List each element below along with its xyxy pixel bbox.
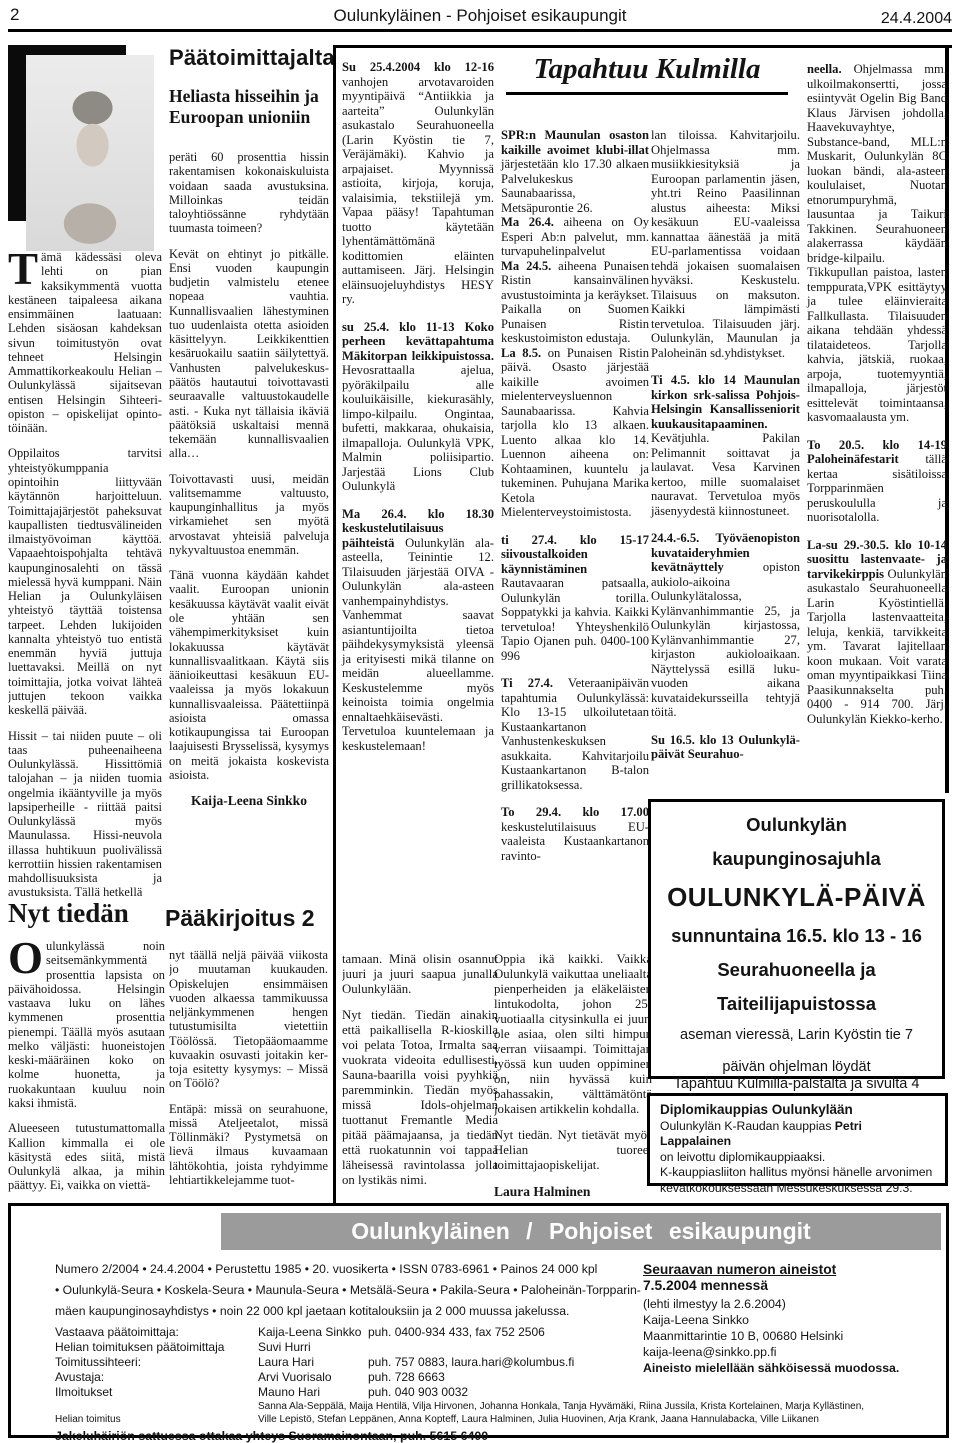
editorial-paragraph: Tänä vuonna käydään kahdet vaalit. Euroo… <box>169 568 329 782</box>
footer-row-name: Suvi Hurri <box>258 1340 368 1355</box>
footer-row-label: Ilmoitukset <box>55 1385 258 1400</box>
column-separator-rule <box>333 45 336 1203</box>
ad-diplomi-line: Oulunkylän K-Raudan kauppias Petri Lappa… <box>660 1119 935 1150</box>
footer-masthead: Oulunkyläinen / Pohjoiset esikaupungit N… <box>8 1203 949 1438</box>
editorial-column-2: peräti 60 prosenttia hissin rakentamisen… <box>169 150 329 902</box>
ad-line: Seurahuoneella ja <box>651 959 942 981</box>
footer-row-name: Mauno Hari <box>258 1385 368 1400</box>
ad-line: sunnuntaina 16.5. klo 13 - 16 <box>651 925 942 947</box>
paakirjoitus-paragraph: Oppia ikä kaikki. Vaikka Oulunkylä vaiku… <box>494 952 652 1117</box>
editorial-paragraph: Oppilaitos tarvitsi yhteistyökumppania o… <box>8 446 162 717</box>
event-item: To 29.4. klo 17.00 keskustelutilaisuus E… <box>501 805 649 863</box>
events-section-title: Tapahtuu Kulmilla <box>497 54 797 95</box>
next-issue-email: kaija-leena@sinkko.pp.fi <box>643 1344 945 1360</box>
event-item: neella. Ohjelmassa mm. ulkoilmakonsertti… <box>807 62 947 425</box>
footer-row-label: Avustaja: <box>55 1370 258 1385</box>
newspaper-page: 2 Oulunkyläinen - Pohjoiset esikaupungit… <box>0 0 960 1443</box>
events-top-rule <box>333 45 952 48</box>
editor-portrait-image <box>26 55 154 251</box>
paakirjoitus-continuation-1: tamaan. Minä olisin osannut juuri ja juu… <box>342 952 498 1204</box>
paakirjoitus-paragraph: Entäpä: missä on seurahuone, missä Atelj… <box>169 1102 328 1188</box>
footer-row-label: Vastaava päätoimittaja: <box>55 1325 258 1340</box>
footer-staff-row: Helian toimitus Ville Lepistö, Stefan Le… <box>55 1413 945 1426</box>
event-item: Ti 27.4. Veteraanipäivän tapahtumia Oulu… <box>501 676 649 792</box>
events-column-4: neella. Ohjelmassa mm. ulkoilmakonsertti… <box>807 62 947 739</box>
issue-date: 24.4.2004 <box>881 10 952 28</box>
event-item: Su 25.4.2004 klo 12-16 vanhojen arvotava… <box>342 60 494 307</box>
next-issue-contact: Kaija-Leena Sinkko <box>643 1312 945 1328</box>
paakirjoitus-paragraph: Nyt tiedän. Tiedän ainakin että paikalli… <box>342 1008 498 1188</box>
editorial-column-1: Tämä kädessäsi oleva lehti on pian kaksi… <box>8 250 162 898</box>
footer-row: Ilmoitukset Mauno Hari puh. 040 903 0032 <box>55 1385 945 1400</box>
editorial-signature: Kaija-Leena Sinkko <box>169 793 329 809</box>
paakirjoitus-signature: Laura Halminen <box>494 1184 652 1199</box>
ad-line: päivän ohjelman löydät <box>651 1059 942 1075</box>
footer-row-label <box>55 1400 258 1413</box>
nyt-tiedan-section: Nyt tiedän Oulunkylässä noin seitsemänky… <box>8 898 165 1198</box>
editorial-kicker: Päätoimittajalta <box>169 45 331 71</box>
editorial-paragraph: Kevät on ehtinyt jo pitkälle. Ensi vuode… <box>169 247 329 461</box>
paakirjoitus-paragraph: tamaan. Minä olisin osannut juuri ja juu… <box>342 952 498 997</box>
events-column-2: SPR:n Maunulan osaston kaikille avoimet … <box>501 128 649 876</box>
paakirjoitus-intro: nyt täällä neljä päivää viikosta jo muut… <box>169 948 328 1200</box>
next-issue-box: Seuraavan numeron aineistot 7.5.2004 men… <box>643 1262 945 1376</box>
ad-diplomikauppias: Diplomikauppias Oulunkylään Oulunkylän K… <box>647 1093 948 1186</box>
paakirjoitus-heading: Pääkirjoitus 2 <box>165 905 337 932</box>
ad-line: Tapahtuu Kulmilla-palstalta ja sivulta 4 <box>651 1076 942 1092</box>
editorial-headline: Heliasta hisseihin ja Euroopan unioniin <box>169 86 331 127</box>
ad-diplomi-line: K-kauppiasliiton hallitus myönsi hänelle… <box>660 1165 935 1181</box>
event-item: Ma 26.4. klo 18.30 keskustelutilaisuus p… <box>342 507 494 754</box>
ad-diplomi-line: on leivottu diplomikauppiaaksi. <box>660 1150 935 1166</box>
events-title-underline <box>506 92 788 95</box>
ad-diplomi-line: kevätkokouksessaan Messukeskuksessa 29.3… <box>660 1181 935 1197</box>
dropcap-letter: O <box>8 939 46 975</box>
footer-row-name: Arvi Vuorisalo <box>258 1370 368 1385</box>
newspaper-title: Oulunkyläinen - Pohjoiset esikaupungit <box>8 6 952 26</box>
nyt-tiedan-heading: Nyt tiedän <box>8 898 165 929</box>
paakirjoitus-continuation-2: Oppia ikä kaikki. Vaikka Oulunkylä vaiku… <box>494 952 652 1208</box>
ad-title: OULUNKYLÄ-PÄIVÄ <box>651 882 942 913</box>
editorial-paragraph: Hissit – tai niiden puute – oli taas puh… <box>8 729 162 899</box>
footer-row-label: Helian toimituksen päätoimittaja <box>55 1340 258 1355</box>
ad-line: kaupunginosajuhla <box>651 848 942 870</box>
editorial-paragraph: Tämä kädessäsi oleva lehti on pian kaksi… <box>8 250 162 435</box>
events-column-1: Su 25.4.2004 klo 12-16 vanhojen arvotava… <box>342 60 494 766</box>
footer-row-label: Helian toimitus <box>55 1413 258 1426</box>
editor-photo <box>8 45 160 255</box>
ad-line: Taiteilijapuistossa <box>651 993 942 1015</box>
next-issue-appears: (lehti ilmestyy la 2.6.2004) <box>643 1296 945 1312</box>
event-item: Ma 26.4. aiheena on Oy Esperi Ab:n palve… <box>501 215 649 259</box>
footer-row-label: Toimitussihteeri: <box>55 1355 258 1370</box>
footer-row-name: Kaija-Leena Sinkko <box>258 1325 368 1340</box>
event-item: ti 27.4. klo 15-17 siivoustalkoiden käyn… <box>501 533 649 664</box>
next-issue-deadline: 7.5.2004 mennessä <box>643 1278 945 1294</box>
footer-row-name: Laura Hari <box>258 1355 368 1370</box>
event-item: Su 16.5. klo 13 Oulunkylä-päivät Seurahu… <box>651 733 800 762</box>
paakirjoitus-paragraph: Nyt tiedän. Nyt tietävät myös Helian tuo… <box>494 1128 652 1173</box>
event-item: SPR:n Maunulan osaston kaikille avoimet … <box>501 128 649 215</box>
editorial-header: Päätoimittajalta Heliasta hisseihin ja E… <box>169 45 331 127</box>
paakirjoitus-paragraph: nyt täällä neljä päivää viikosta jo muut… <box>169 948 328 1091</box>
nyt-tiedan-paragraph: Oulunkylässä noin seitsemänkymmentä pros… <box>8 939 165 1110</box>
page-header: 2 Oulunkyläinen - Pohjoiset esikaupungit… <box>8 3 952 32</box>
next-issue-title: Seuraavan numeron aineistot <box>643 1262 945 1278</box>
footer-banner: Oulunkyläinen / Pohjoiset esikaupungit <box>221 1213 941 1250</box>
event-item: lan tiloissa. Kahvitarjoilu. Ohjelmassa … <box>651 128 800 360</box>
event-item: To 20.5. klo 14-19 Paloheinäfestarit täl… <box>807 438 947 525</box>
events-column-3: lan tiloissa. Kahvitarjoilu. Ohjelmassa … <box>651 128 800 775</box>
ad-oulunkyla-paiva: Oulunkylän kaupunginosajuhla OULUNKYLÄ-P… <box>648 799 945 1079</box>
next-issue-note: Aineisto mielellään sähköisessä muodossa… <box>643 1360 945 1376</box>
footer-staff-names: Ville Lepistö, Stefan Leppänen, Anna Kop… <box>258 1413 945 1426</box>
event-item: 24.4.-6.5. Työväenopiston kuvataideryhmi… <box>651 531 800 720</box>
event-item: La 8.5. on Punaisen Ristin päivä. Osasto… <box>501 346 649 520</box>
ad-line: Oulunkylän <box>651 814 942 836</box>
ad-line: aseman vieressä, Larin Kyöstin tie 7 <box>651 1027 942 1043</box>
next-issue-address: Maanmittarintie 10 B, 00680 Helsinki <box>643 1328 945 1344</box>
editorial-paragraph: Toivottavasti uusi, meidän valitsemamme … <box>169 472 329 558</box>
footer-staff-names: Sanna Ala-Seppälä, Maija Hentilä, Vilja … <box>258 1400 945 1413</box>
footer-delivery-note: Jakeluhäiriön sattuessa ottakaa yhteys S… <box>55 1429 945 1443</box>
event-item: su 25.4. klo 11-13 Koko perheen kevättap… <box>342 320 494 494</box>
event-item: Ma 24.5. aiheena Punaisen Ristin kansain… <box>501 259 649 346</box>
editorial-paragraph: peräti 60 prosenttia hissin rakentamisen… <box>169 150 329 236</box>
event-item: Ti 4.5. klo 14 Maunulan kirkon srk-salis… <box>651 373 800 518</box>
dropcap-letter: T <box>8 250 41 286</box>
footer-staff-row: Sanna Ala-Seppälä, Maija Hentilä, Vilja … <box>55 1400 945 1413</box>
event-item: La-su 29.-30.5. klo 10-14 suosittu laste… <box>807 538 947 727</box>
ad-diplomi-title: Diplomikauppias Oulunkylään <box>660 1102 935 1118</box>
footer-row-phone: puh. 040 903 0032 <box>368 1385 945 1400</box>
nyt-tiedan-paragraph: Alueeseen tutustumattomalla Kallion kimm… <box>8 1121 165 1192</box>
